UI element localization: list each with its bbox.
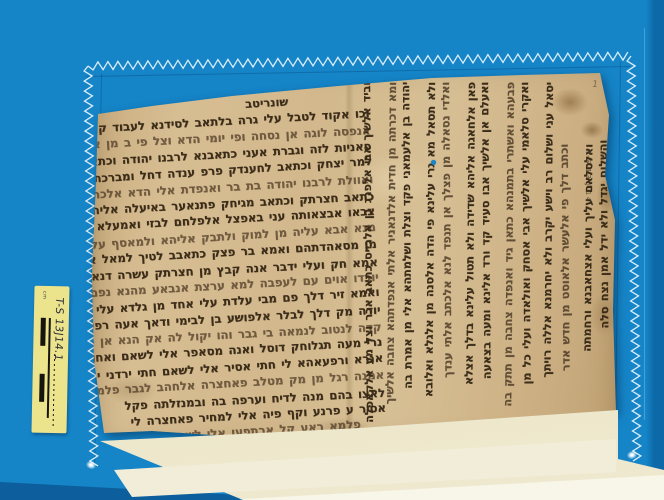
margin-text-column: ואלסלאם עליך ועלי אצחאבנא ורחמתה — [579, 144, 596, 416]
worm-hole — [431, 160, 436, 165]
fragment-shelfmark: T-S 13 J 14 — [582, 150, 592, 214]
mount-edge-shadow — [646, 0, 664, 478]
margin-text-column: וכתב דלך פי אלעשר אלאוסט מן חדש אדר — [557, 144, 574, 416]
margin-text-column: יהודה בן אלעמאני פקד וצלת ושלמתהא אלי מן… — [398, 82, 416, 424]
manuscript-line: אמא חק ועלי ידבר אנה קבץ מן חצרתק עשרה ד… — [110, 253, 378, 283]
manuscript-line: למר יצחק וכתאב לחענדק פרפ ענדה דחל ומברכ… — [104, 153, 373, 186]
margin-text-column: ואלדי נסאלה מן פצלך אן תנפד לנא אלכתב אל… — [438, 82, 456, 424]
margin-text-column: ואקרי סלאמי עלי אלשיך אבי אסחק ואולאדה ו… — [517, 82, 535, 424]
margin-text-column: פאן אלחאגה אליהא שדידה ולא תטול עלינא בד… — [461, 82, 479, 424]
label-shelfmark-text: T-S 13J14.1 — [50, 296, 66, 432]
manuscript-line: ואוולת לרבנו יהודה בת בר ואנפדת אלי הדא … — [105, 170, 373, 201]
pencil-mark: 1 — [591, 80, 598, 91]
manuscript-fragment: שונריטב וכו אקוד לטבל עלי גרה בלתאב לסיד… — [92, 60, 620, 450]
manuscript-line: יודה מק דלך לבלר אלפושע בן לבימי ודאך אע… — [112, 301, 380, 332]
manuscript-line: אנרא ורפעאהא לי חתי אסיר אלי לשאם חתי יר… — [115, 350, 384, 383]
manuscript-line: קדה לנטוב לנמאה בי גבר והו יקול לה אק הנ… — [113, 319, 381, 349]
manuscript-line: אמנה רגל מן מק מטלב פאחצרה אלחהב לגבר פל… — [116, 367, 384, 398]
manuscript-photo: שונריטב וכו אקוד לטבל עלי גרה בלתאב לסיד… — [0, 0, 664, 500]
manuscript-line: לאצו בהם מנה לדיח וערפה בה ובמנזלתה פקל — [117, 384, 385, 414]
manuscript-line: כתאב חצרתק וכתאב מגיחק פתנאער באיעלה אלי… — [106, 188, 374, 218]
manuscript-line: יובדו אוים עם לעפבה למא ערצת אנבאע מהנא … — [110, 269, 378, 300]
fragment-wrapper: שונריטב וכו אקוד לטבל עלי גרה בלתאב לסיד… — [92, 60, 620, 450]
scale-unit-label: cm — [41, 291, 47, 300]
margin-text-column: והשלום יגדל ולא ידל אמן נצח סלה — [596, 140, 613, 412]
manuscript-line: פאניות לזה וגברת אעני כתאבנא לרבנו יהודה… — [103, 138, 371, 169]
thread-tuft — [626, 450, 638, 460]
manuscript-line: וכו אקוד לטבל עלי גרה בלתאב לסידנא לעבוד… — [101, 105, 369, 136]
manuscript-line: נרי מעה תגלוחק דוסל ואנה מסאפר אלי לשאם … — [114, 334, 382, 365]
margin-text-column: יסאל עני ושלום רב וישע יקרב ולא יחרמנא א… — [539, 82, 557, 424]
margin-text-column: ולא תסאל מא גרי עלינא פי הדה אלסנה מן אל… — [421, 82, 439, 424]
manuscript-line: מנא אבא עליה מן למוק ולתבק אליהא ולמאסף … — [108, 219, 377, 252]
manuscript-line: אסיר ע פרנע וקף פיה אלי למחיר פאחצרה לי — [118, 400, 386, 431]
margin-text-column: ואעלם אן אלשיך אבו סעיד קד ורד אלינא ומע… — [477, 82, 495, 424]
margin-text-column: פבעהא ואשתרי בתמנהא כתאן גיד ואנפדה צחבה… — [500, 82, 518, 424]
manuscript-line: מן מסאהדתהם ואמא בר פצק כתאבב לטיך למאל … — [109, 236, 377, 267]
margin-text-column: וביד אלשיך אבי אלפרג בן אלרייס כתאב אכר … — [359, 82, 377, 424]
manuscript-line: ואמא זיר דלך פם מבי עלדת עלי אחד מן גלדא… — [111, 284, 380, 317]
main-text-block: שונריטב וכו אקוד לטבל עלי גרה בלתאב לסיד… — [100, 90, 387, 447]
manuscript-line: צבאו אבצאותה עני באפצל אלפלחם לבזי ואמעל… — [107, 203, 375, 234]
scale-bar — [40, 318, 46, 346]
margin-text-column: ומא דכרתה מן חדית אלדנאניר אלתי אנפדתהא … — [382, 82, 400, 424]
sleeve-edge-line — [644, 28, 645, 420]
manuscript-heading: שונריטב — [210, 93, 323, 114]
shelfmark-label: cm T-S 13J14.1 — [31, 286, 69, 434]
scale-bar — [39, 374, 45, 402]
manuscript-line: אנפסה לוגה אן נסחה ופי יומי הדא וצל פי ב… — [102, 123, 370, 153]
